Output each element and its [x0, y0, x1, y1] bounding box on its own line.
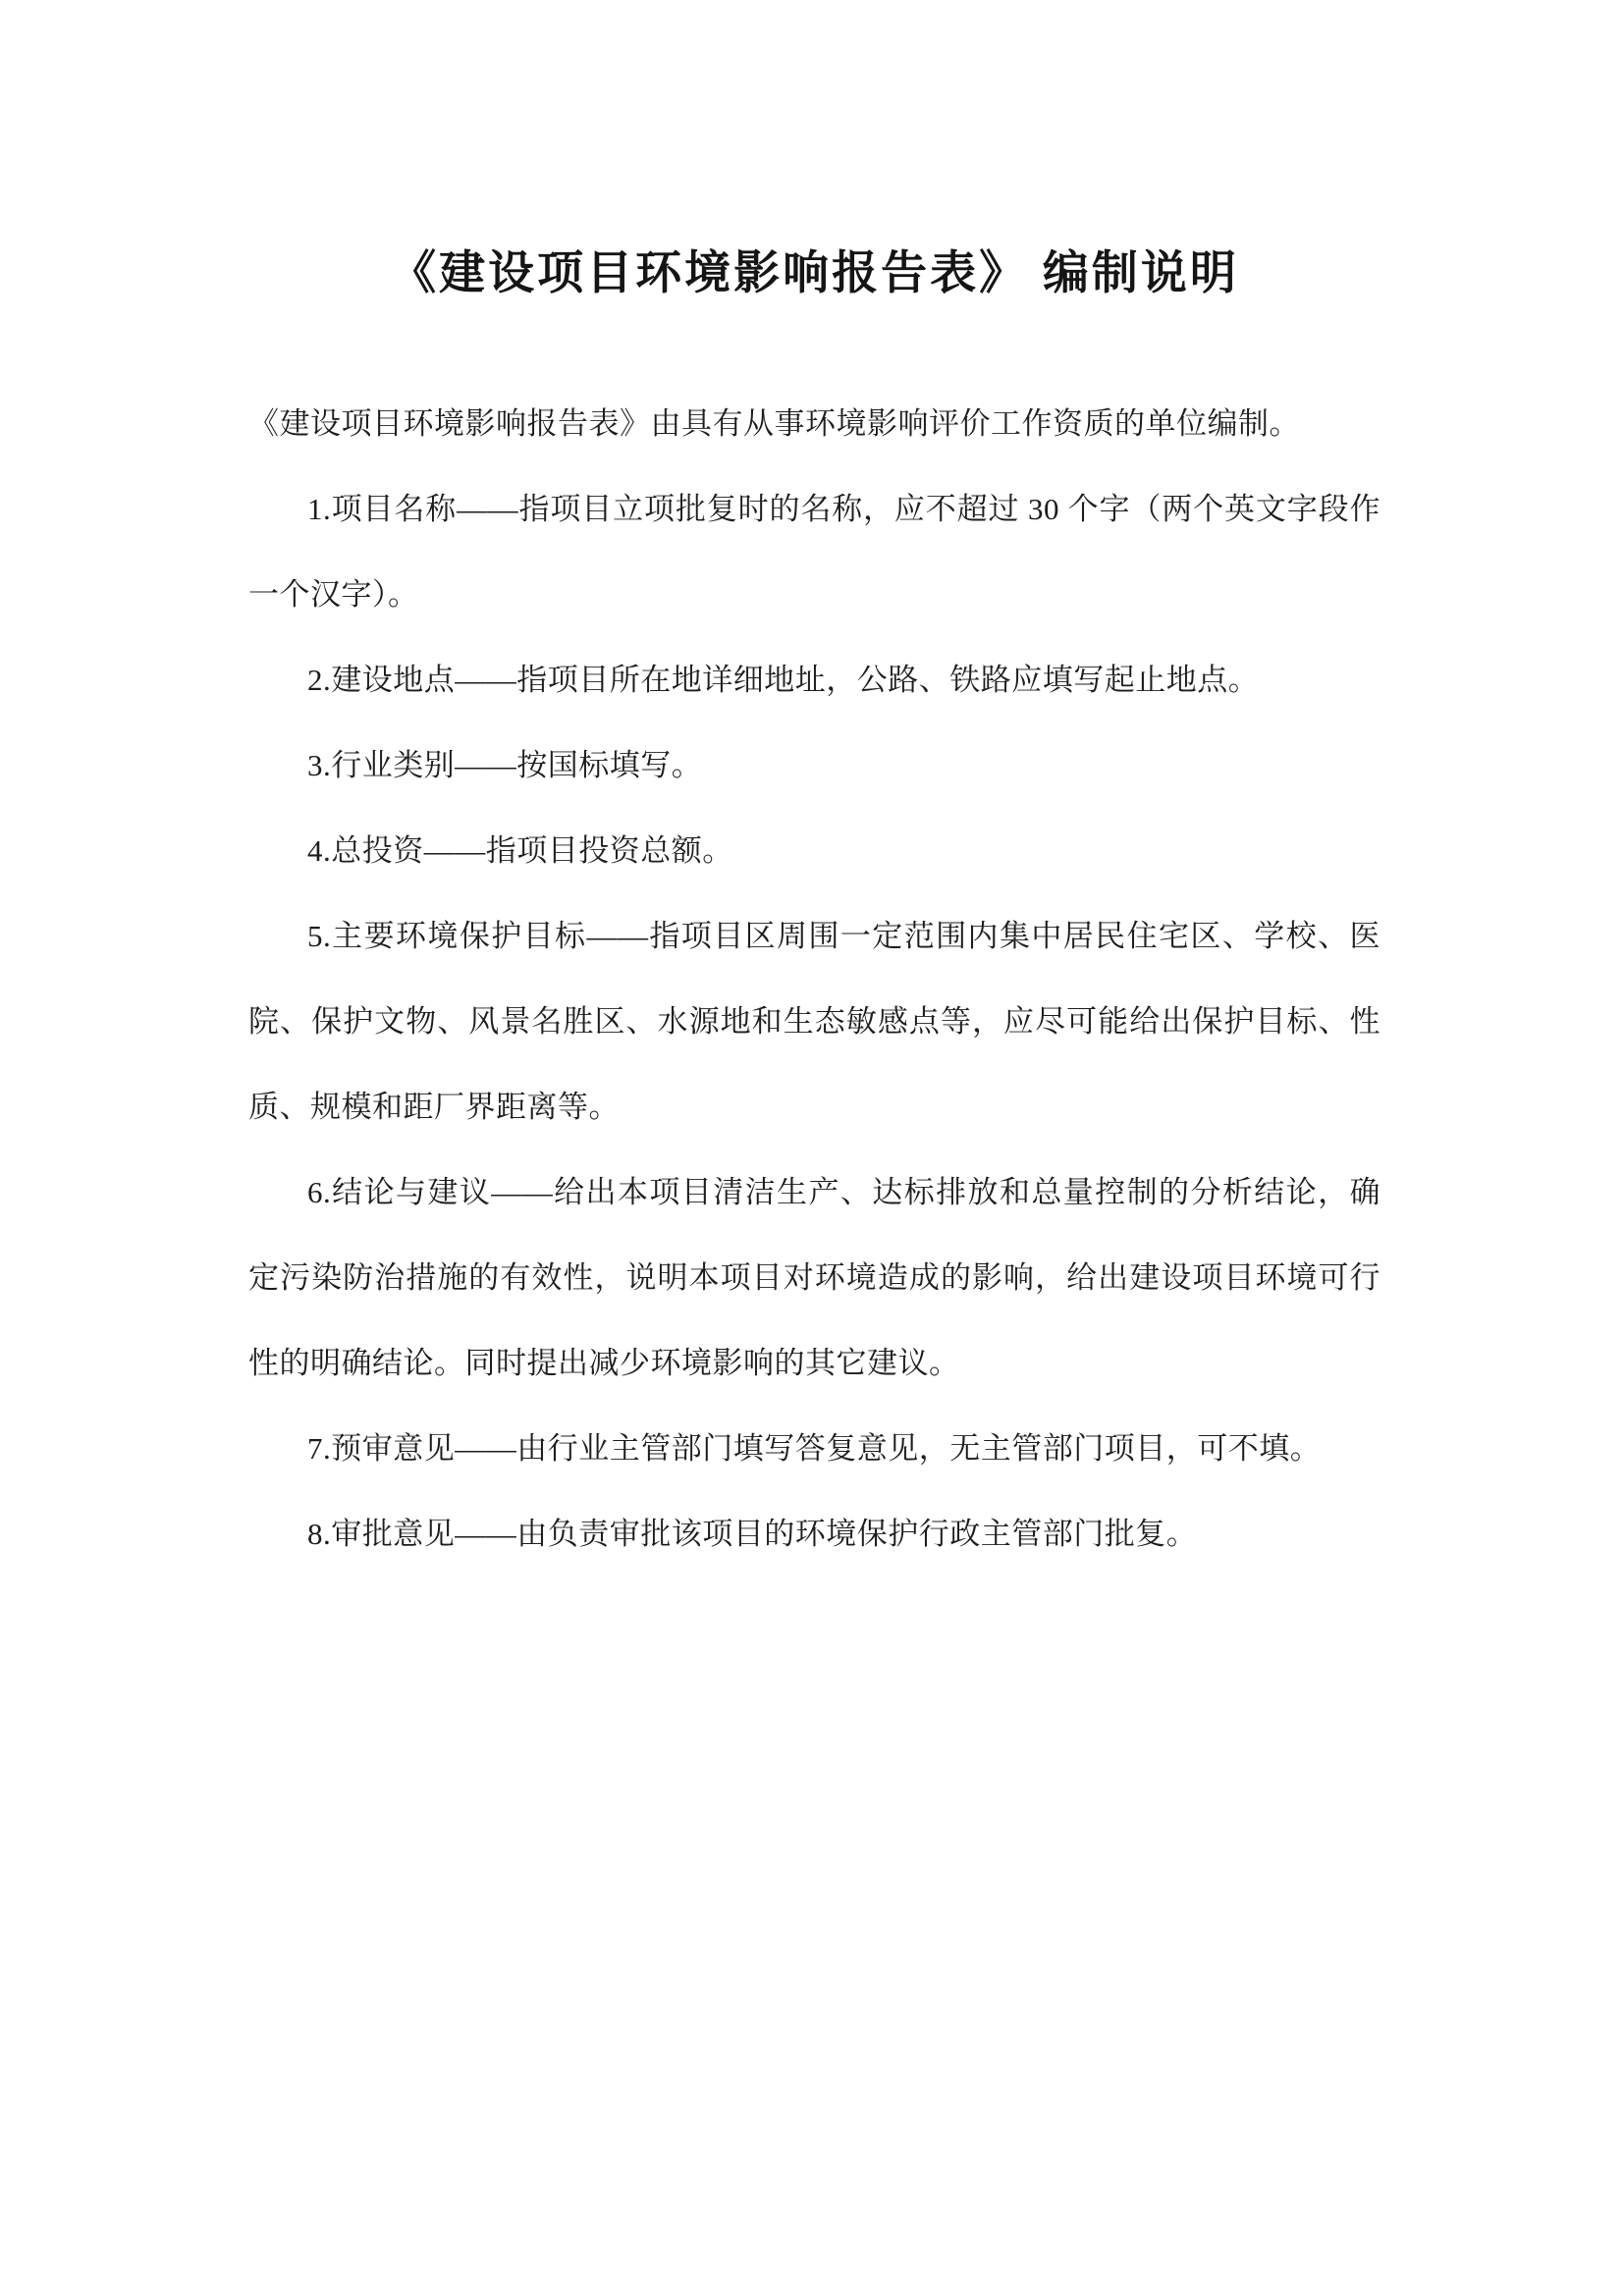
- numbered-item-5: 5.主要环境保护目标——指项目区周围一定范围内集中居民住宅区、学校、医院、保护文…: [248, 893, 1380, 1149]
- numbered-item-4: 4.总投资——指项目投资总额。: [248, 808, 1380, 893]
- numbered-item-6: 6.结论与建议——给出本项目清洁生产、达标排放和总量控制的分析结论，确定污染防治…: [248, 1149, 1380, 1406]
- numbered-item-2: 2.建设地点——指项目所在地详细地址，公路、铁路应填写起止地点。: [248, 637, 1380, 722]
- numbered-item-3: 3.行业类别——按国标填写。: [248, 722, 1380, 808]
- document-title: 《建设项目环境影响报告表》 编制说明: [248, 243, 1380, 304]
- numbered-item-1: 1.项目名称——指项目立项批复时的名称，应不超过 30 个字（两个英文字段作一个…: [248, 466, 1380, 637]
- document-page: 《建设项目环境影响报告表》 编制说明 《建设项目环境影响报告表》由具有从事环境影…: [0, 0, 1624, 2296]
- numbered-item-8: 8.审批意见——由负责审批该项目的环境保护行政主管部门批复。: [248, 1491, 1380, 1576]
- page-content: 《建设项目环境影响报告表》 编制说明 《建设项目环境影响报告表》由具有从事环境影…: [248, 0, 1380, 1576]
- numbered-item-7: 7.预审意见——由行业主管部门填写答复意见，无主管部门项目，可不填。: [248, 1406, 1380, 1491]
- intro-paragraph: 《建设项目环境影响报告表》由具有从事环境影响评价工作资质的单位编制。: [248, 381, 1380, 466]
